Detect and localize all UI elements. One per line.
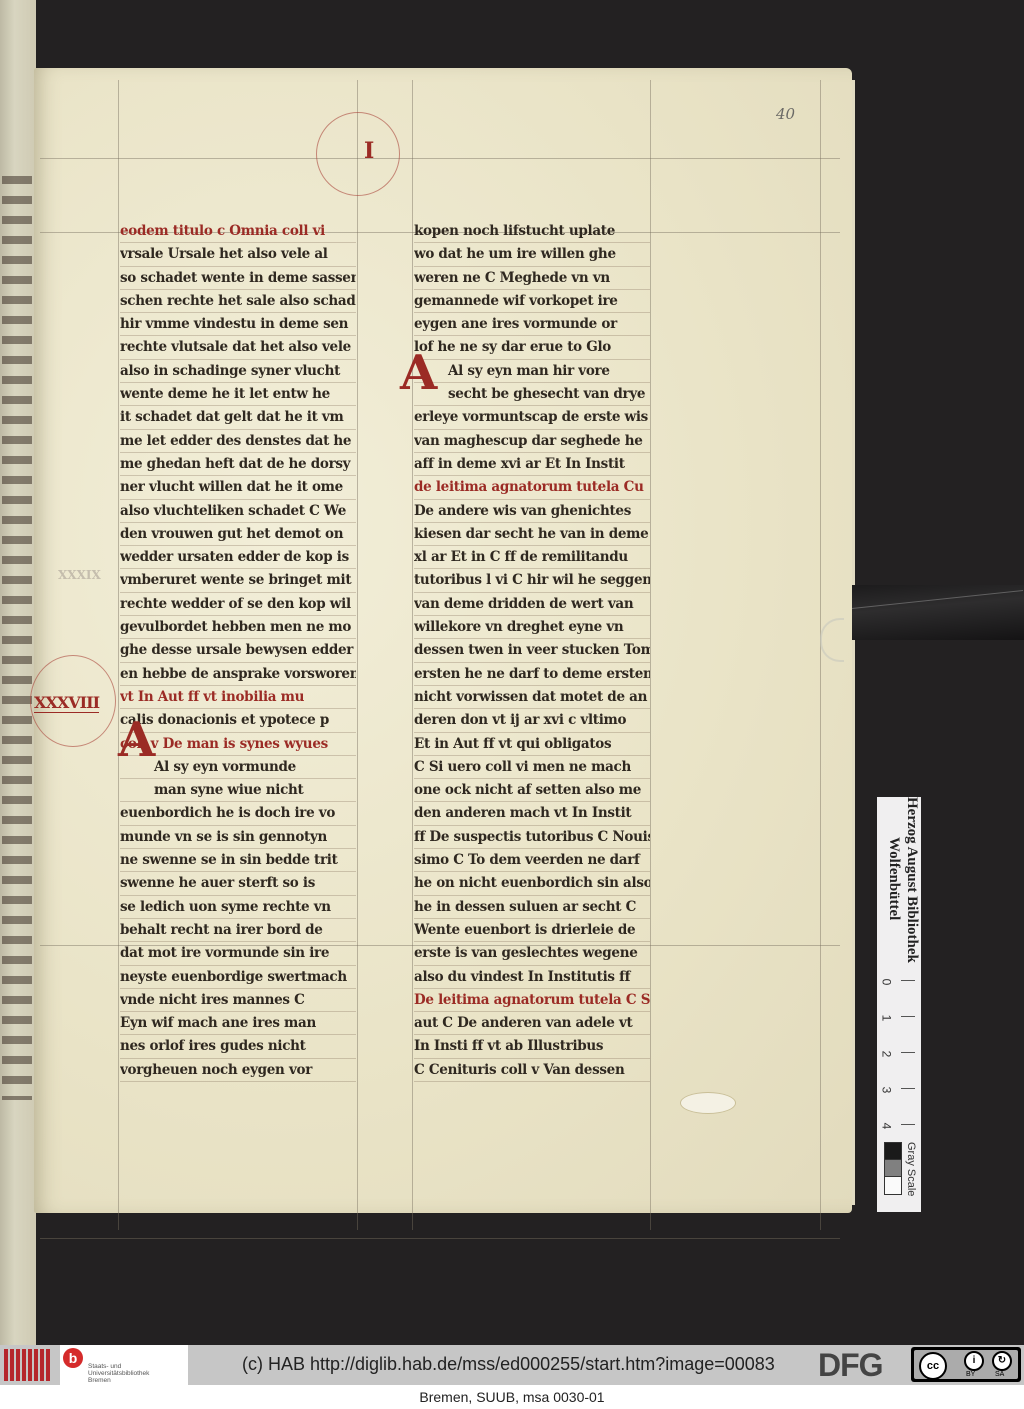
text-line: ner vlucht willen dat he it ome bbox=[120, 476, 356, 499]
ruler-label: 1 bbox=[879, 1015, 893, 1022]
ruling-line bbox=[650, 80, 651, 1230]
scale-card: Herzog August Bibliothek Wolfenbüttel 0 … bbox=[877, 797, 921, 1212]
suub-name-line: Staats- und bbox=[88, 1363, 149, 1370]
text-line: man syne wiue nicht bbox=[120, 779, 356, 802]
text-line: nicht vorwissen dat motet de an bbox=[414, 686, 650, 709]
gray-swatch-white bbox=[884, 1176, 902, 1195]
text-line: munde vn se is sin gennotyn bbox=[120, 826, 356, 849]
text-line: gemannede wif vorkopet ire bbox=[414, 290, 650, 313]
text-line: schen rechte het sale also schade bbox=[120, 290, 356, 313]
text-line: In Insti ff vt ab Illustribus bbox=[414, 1035, 650, 1058]
text-line: also in schadinge syner vlucht bbox=[120, 360, 356, 383]
text-line: C Si uero coll vi men ne mach bbox=[414, 756, 650, 779]
chapter-numeral-left: XXXVIII bbox=[34, 693, 99, 713]
text-line: weren ne C Meghede vn vn bbox=[414, 267, 650, 290]
previous-page-text bbox=[2, 170, 32, 1100]
text-line: Eyn wif mach ane ires man bbox=[120, 1012, 356, 1035]
cc-license-badge[interactable]: cc i ↻ BY SA bbox=[911, 1347, 1021, 1382]
gray-scale-label: Gray Scale bbox=[905, 1142, 917, 1196]
text-line: ersten he ne darf to deme ersten bbox=[414, 663, 650, 686]
text-line: ff De suspectis tutoribus C Nouis bbox=[414, 826, 650, 849]
image-caption: Bremen, SUUB, msa 0030-01 bbox=[0, 1389, 1024, 1405]
previous-page-edge bbox=[0, 0, 36, 1345]
text-line: vt In Aut ff vt inobilia mu bbox=[120, 686, 356, 709]
ruling-line bbox=[118, 80, 119, 1230]
left-text-column: eodem titulo c Omnia coll vi vrsale Ursa… bbox=[120, 220, 356, 1082]
text-line: willekore vn dreghet eyne vn bbox=[414, 616, 650, 639]
text-line: neyste euenbordige swertmach bbox=[120, 966, 356, 989]
rubricated-initial-a: A bbox=[400, 345, 437, 401]
text-line: ne swenne se in sin bedde trit bbox=[120, 849, 356, 872]
ruler-tick bbox=[901, 1088, 915, 1089]
parchment-hole bbox=[680, 1092, 736, 1114]
cc-badge-inner: cc i ↻ BY SA bbox=[914, 1350, 1018, 1379]
text-line: he on nicht euenbordich sin also bbox=[414, 872, 650, 895]
ruler-tick bbox=[901, 1052, 915, 1053]
text-line: den anderen mach vt In Instit bbox=[414, 802, 650, 825]
text-line: erleye vormuntscap de erste wis bbox=[414, 406, 650, 429]
text-line: De andere wis van ghenichtes bbox=[414, 500, 650, 523]
text-line: Wente euenbort is drierleie de bbox=[414, 919, 650, 942]
text-line: coll v De man is synes wyues bbox=[120, 733, 356, 756]
copyright-link[interactable]: (c) HAB http://diglib.hab.de/mss/ed00025… bbox=[242, 1354, 775, 1375]
cc-by-label: BY bbox=[966, 1371, 975, 1378]
text-line: kopen noch lifstucht uplate bbox=[414, 220, 650, 243]
text-line: C Cenituris coll v Van dessen bbox=[414, 1059, 650, 1082]
ruler-tick bbox=[901, 980, 915, 981]
ruling-line bbox=[40, 1238, 840, 1239]
text-line: se ledich uon syme rechte vn bbox=[120, 896, 356, 919]
ruling-line bbox=[412, 80, 413, 1230]
ruling-line bbox=[357, 80, 358, 1230]
text-line: wo dat he um ire willen ghe bbox=[414, 243, 650, 266]
text-line: Et in Aut ff vt qui obligatos bbox=[414, 733, 650, 756]
text-line: erste is van geslechtes wegene bbox=[414, 942, 650, 965]
text-line: so schadet wente in deme sassen bbox=[120, 267, 356, 290]
text-line: van maghescup dar seghede he bbox=[414, 430, 650, 453]
right-text-column: kopen noch lifstucht uplate wo dat he um… bbox=[414, 220, 650, 1082]
text-line: me ghedan heft dat de he dorsy bbox=[120, 453, 356, 476]
text-line: vorgheuen noch eygen vor bbox=[120, 1059, 356, 1082]
text-line: also du vindest In Institutis ff bbox=[414, 966, 650, 989]
text-line: eodem titulo c Omnia coll vi bbox=[120, 220, 356, 243]
text-line: swenne he auer sterft so is bbox=[120, 872, 356, 895]
text-line: behalt recht na irer bord de bbox=[120, 919, 356, 942]
ruler-label: 0 bbox=[879, 979, 893, 986]
ruler-tick bbox=[901, 1124, 915, 1125]
text-line: wedder ursaten edder de kop is bbox=[120, 546, 356, 569]
text-line: dessen twen in veer stucken Tom bbox=[414, 639, 650, 662]
text-line: vnde nicht ires mannes C bbox=[120, 989, 356, 1012]
text-line: van deme dridden de wert van bbox=[414, 593, 650, 616]
text-line: calis donacionis et ypotece p bbox=[120, 709, 356, 732]
suub-name-line: Bremen bbox=[88, 1377, 149, 1384]
text-line: wente deme he it let entw he bbox=[120, 383, 356, 406]
suub-logo-bars bbox=[4, 1349, 50, 1381]
text-line: eygen ane ires vormunde or bbox=[414, 313, 650, 336]
text-line: he in dessen suluen ar secht C bbox=[414, 896, 650, 919]
text-line: hir vmme vindestu in deme sen bbox=[120, 313, 356, 336]
ruling-line bbox=[820, 80, 821, 1230]
suub-b-icon: b bbox=[63, 1348, 83, 1368]
text-line: den vrouwen gut het demot on bbox=[120, 523, 356, 546]
ruling-line bbox=[40, 158, 840, 159]
text-line: rechte vlutsale dat het also vele bbox=[120, 336, 356, 359]
text-line: tutoribus l vi C hir wil he seggen bbox=[414, 569, 650, 592]
text-line: ghe desse ursale bewysen edder se bbox=[120, 639, 356, 662]
text-line: dat mot ire vormunde sin ire bbox=[120, 942, 356, 965]
text-line: vrsale Ursale het also vele al bbox=[120, 243, 356, 266]
chapter-numeral-top: I bbox=[364, 138, 374, 164]
chapter-circle bbox=[316, 112, 400, 196]
text-line: Al sy eyn vormunde bbox=[120, 756, 356, 779]
faded-margin-numeral: XXXIX bbox=[58, 568, 101, 582]
text-line: rechte wedder of se den kop wil bbox=[120, 593, 356, 616]
text-line: aff in deme xvi ar Et In Instit bbox=[414, 453, 650, 476]
text-line: deren don vt ij ar xvi c vltimo bbox=[414, 709, 650, 732]
text-line: me let edder des denstes dat he e bbox=[120, 430, 356, 453]
share-alike-icon: ↻ bbox=[992, 1351, 1012, 1371]
text-line: secht be ghesecht van drye bbox=[414, 383, 650, 406]
cc-sa-label: SA bbox=[995, 1371, 1004, 1378]
text-line: aut C De anderen van adele vt bbox=[414, 1012, 650, 1035]
text-line: simo C To dem veerden ne darf bbox=[414, 849, 650, 872]
ruler-label: 3 bbox=[879, 1087, 893, 1094]
cc-icon: cc bbox=[919, 1352, 947, 1380]
dfg-logo: DFG bbox=[818, 1348, 883, 1382]
text-line: nes orlof ires gudes nicht bbox=[120, 1035, 356, 1058]
text-line: Al sy eyn man hir vore bbox=[414, 360, 650, 383]
attribution-icon: i bbox=[964, 1351, 984, 1371]
manuscript-scan: 40 I XXXVIII XXXIX eodem titulo c Omnia … bbox=[0, 0, 1024, 1345]
text-line: gevulbordet hebben men ne mo bbox=[120, 616, 356, 639]
text-line: it schadet dat gelt dat he it vm bbox=[120, 406, 356, 429]
text-line: vmberuret wente se bringet mit bbox=[120, 569, 356, 592]
folio-number: 40 bbox=[776, 105, 795, 123]
text-line: also vluchteliken schadet C We bbox=[120, 500, 356, 523]
text-line: euenbordich he is doch ire vo bbox=[120, 802, 356, 825]
text-line: lof he ne sy dar erue to Glo bbox=[414, 336, 650, 359]
suub-name: Staats- und Universitätsbibliothek Breme… bbox=[88, 1363, 149, 1384]
ruler-tick bbox=[901, 1016, 915, 1017]
text-line: de leitima agnatorum tutela Cu bbox=[414, 476, 650, 499]
suub-name-line: Universitätsbibliothek bbox=[88, 1370, 149, 1377]
text-line: De leitima agnatorum tutela C Sut bbox=[414, 989, 650, 1012]
text-line: one ock nicht af setten also me bbox=[414, 779, 650, 802]
ruler-label: 2 bbox=[879, 1051, 893, 1058]
text-line: en hebbe de ansprake vorsworen bbox=[120, 663, 356, 686]
ruler-label: 4 bbox=[879, 1123, 893, 1130]
rubricated-initial-a: A bbox=[118, 712, 155, 768]
text-line: xl ar Et in C ff de remilitandu bbox=[414, 546, 650, 569]
text-line: kiesen dar secht he van in deme bbox=[414, 523, 650, 546]
